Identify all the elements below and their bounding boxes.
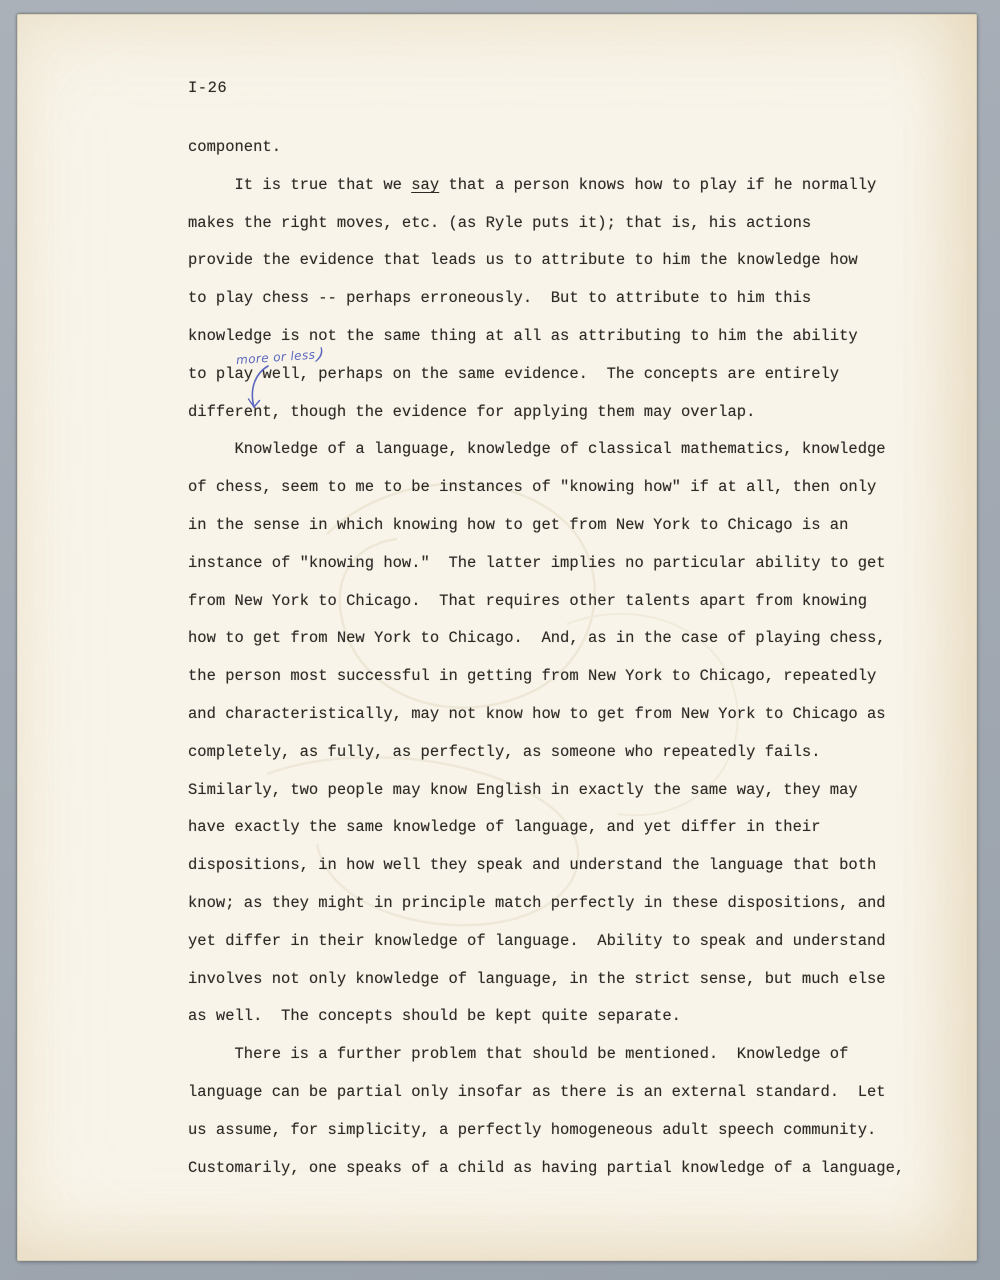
text-line: the person most successful in getting fr…	[188, 658, 948, 696]
text-line: knowledge is not the same thing at all a…	[188, 318, 948, 356]
text-line: have exactly the same knowledge of langu…	[188, 809, 948, 847]
text-segment: completely, as fully, as perfectly, as s…	[188, 743, 821, 761]
text-segment: different, though the evidence for apply…	[188, 403, 755, 421]
text-line: completely, as fully, as perfectly, as s…	[188, 734, 948, 772]
text-segment: from New York to Chicago. That requires …	[188, 592, 867, 610]
text-segment: Similarly, two people may know English i…	[188, 781, 858, 799]
text-segment: instance of "knowing how." The latter im…	[188, 554, 886, 572]
text-segment: language can be partial only insofar as …	[188, 1083, 886, 1101]
text-segment: makes the right moves, etc. (as Ryle put…	[188, 214, 811, 232]
text-segment: to play chess -- perhaps erroneously. Bu…	[188, 289, 811, 307]
document-page: I-26 component. It is true that we say t…	[17, 14, 977, 1261]
text-segment: involves not only knowledge of language,…	[188, 970, 886, 988]
text-segment: and characteristically, may not know how…	[188, 705, 886, 723]
text-segment: dispositions, in how well they speak and…	[188, 856, 876, 874]
text-line: involves not only knowledge of language,…	[188, 961, 948, 999]
text-line: yet differ in their knowledge of languag…	[188, 923, 948, 961]
text-segment: knowledge is not the same thing at all a…	[188, 327, 858, 345]
text-line: provide the evidence that leads us to at…	[188, 242, 948, 280]
text-segment: Knowledge of a language, knowledge of cl…	[188, 440, 886, 458]
text-line: to play chess -- perhaps erroneously. Bu…	[188, 280, 948, 318]
text-line: It is true that we say that a person kno…	[188, 167, 948, 205]
text-line: as well. The concepts should be kept qui…	[188, 998, 948, 1036]
text-line: in the sense in which knowing how to get…	[188, 507, 948, 545]
text-line: dispositions, in how well they speak and…	[188, 847, 948, 885]
text-segment: know; as they might in principle match p…	[188, 894, 886, 912]
text-segment: It is true that we	[188, 176, 411, 194]
text-line: component.	[188, 129, 948, 167]
text-segment: component.	[188, 138, 281, 156]
text-line: and characteristically, may not know how…	[188, 696, 948, 734]
text-line: Similarly, two people may know English i…	[188, 772, 948, 810]
text-line: how to get from New York to Chicago. And…	[188, 620, 948, 658]
scan-background: I-26 component. It is true that we say t…	[0, 0, 1000, 1280]
text-line: know; as they might in principle match p…	[188, 885, 948, 923]
text-line: Knowledge of a language, knowledge of cl…	[188, 431, 948, 469]
text-segment: There is a further problem that should b…	[188, 1045, 848, 1063]
text-segment: the person most successful in getting fr…	[188, 667, 876, 685]
text-line: us assume, for simplicity, a perfectly h…	[188, 1112, 948, 1150]
underlined-word: say	[411, 176, 439, 194]
text-line: There is a further problem that should b…	[188, 1036, 948, 1074]
text-segment: in the sense in which knowing how to get…	[188, 516, 848, 534]
text-line: from New York to Chicago. That requires …	[188, 583, 948, 621]
text-line: language can be partial only insofar as …	[188, 1074, 948, 1112]
typed-text-block: component. It is true that we say that a…	[188, 129, 948, 1187]
text-line: to play well, perhaps on the same eviden…	[188, 356, 948, 394]
text-segment: yet differ in their knowledge of languag…	[188, 932, 886, 950]
text-line: makes the right moves, etc. (as Ryle put…	[188, 205, 948, 243]
text-line: different, though the evidence for apply…	[188, 394, 948, 432]
text-segment: Customarily, one speaks of a child as ha…	[188, 1159, 904, 1177]
text-segment: that a person knows how to play if he no…	[439, 176, 876, 194]
text-segment: as well. The concepts should be kept qui…	[188, 1007, 681, 1025]
text-segment: how to get from New York to Chicago. And…	[188, 629, 886, 647]
text-segment: provide the evidence that leads us to at…	[188, 251, 858, 269]
text-segment: us assume, for simplicity, a perfectly h…	[188, 1121, 876, 1139]
text-segment: of chess, seem to me to be instances of …	[188, 478, 876, 496]
page-number: I-26	[188, 78, 227, 98]
text-segment: to play well, perhaps on the same eviden…	[188, 365, 839, 383]
text-line: instance of "knowing how." The latter im…	[188, 545, 948, 583]
text-line: of chess, seem to me to be instances of …	[188, 469, 948, 507]
text-line: Customarily, one speaks of a child as ha…	[188, 1150, 948, 1188]
text-segment: have exactly the same knowledge of langu…	[188, 818, 821, 836]
